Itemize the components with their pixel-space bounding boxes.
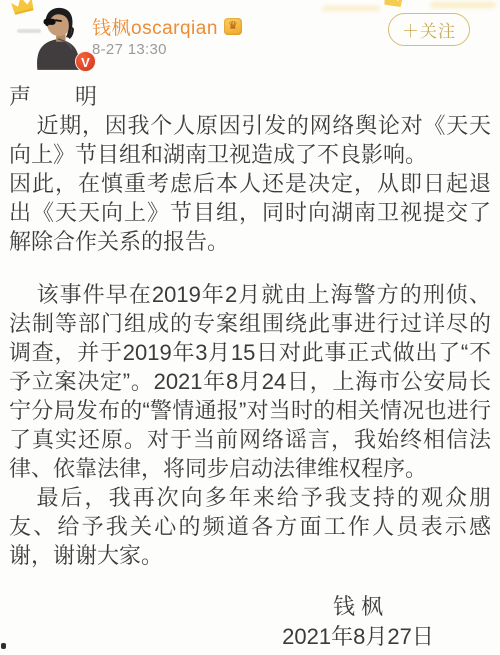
signature-name: 钱 枫 bbox=[263, 592, 453, 622]
statement-paragraph-1: 近期，因我个人原因引发的网络舆论对《天天向上》节目组和湖南卫视造成了不良影响。 bbox=[9, 111, 491, 169]
statement-paragraph-3: 该事件早在2019年2月就由上海警方的刑侦、法制等部门组成的专案组围绕此事进行过… bbox=[9, 280, 491, 483]
post-timestamp: 8-27 13:30 bbox=[92, 41, 167, 58]
post-header: V 钱枫oscarqian ♛ 8-27 13:30 ＋关注 bbox=[0, 0, 500, 80]
statement-paragraph-4: 最后，我再次向多年来给予我支持的观众朋友、给予我关心的频道各方面工作人员表示感谢… bbox=[9, 483, 491, 570]
statement-paragraph-2: 因此，在慎重考虑后本人还是决定，从即日起退出《天天向上》节目组，同时向湖南卫视提… bbox=[9, 169, 491, 256]
follow-button[interactable]: ＋关注 bbox=[388, 13, 470, 46]
vip-badge-icon: ♛ bbox=[224, 18, 242, 35]
statement-title: 声 明 bbox=[9, 82, 491, 111]
weibo-post-card: V 钱枫oscarqian ♛ 8-27 13:30 ＋关注 声 明 近期，因我… bbox=[0, 0, 500, 655]
signature-date: 2021年8月27日 bbox=[263, 622, 453, 652]
author-name[interactable]: 钱枫oscarqian bbox=[92, 13, 218, 40]
signature-block: 钱 枫 2021年8月27日 bbox=[263, 592, 453, 652]
statement-body: 声 明 近期，因我个人原因引发的网络舆论对《天天向上》节目组和湖南卫视造成了不良… bbox=[0, 80, 500, 652]
scan-artifact-dot bbox=[1, 643, 6, 649]
avatar[interactable]: V bbox=[28, 6, 88, 70]
